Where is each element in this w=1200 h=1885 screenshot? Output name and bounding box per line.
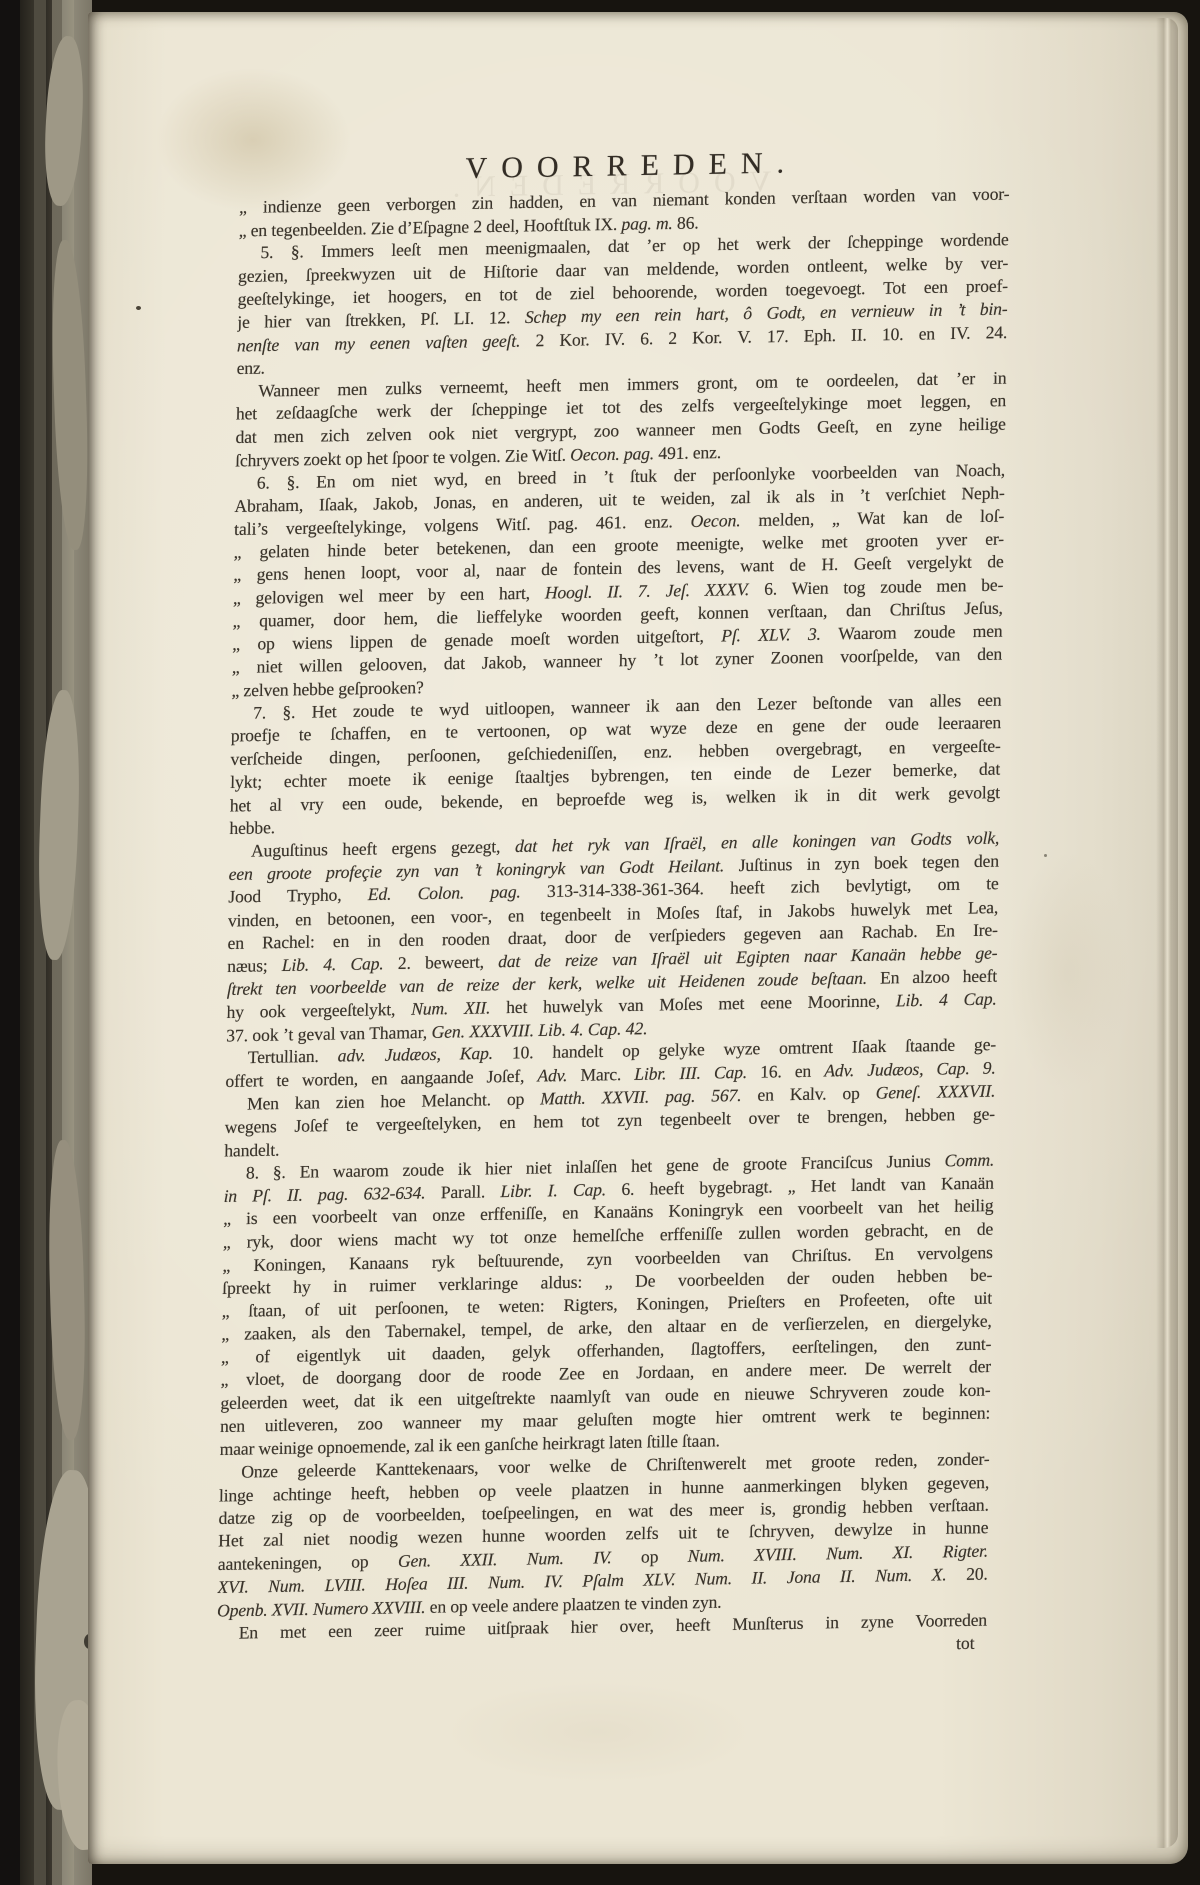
paper-speck (136, 306, 141, 310)
paper-stain (988, 812, 1148, 1132)
torn-paper-edge (49, 240, 92, 551)
torn-paper-edge (42, 35, 87, 207)
torn-paper-edge (35, 689, 82, 960)
page-text: VOORREDEN. „ indienze geen verborgen zin… (216, 143, 1010, 1668)
text-lines: „ indienze geen verborgen zin hadden, en… (217, 183, 1010, 1645)
torn-paper-edge (46, 1140, 88, 1441)
paper-stain (388, 1662, 808, 1802)
book-binding (0, 0, 92, 1885)
paper-speck (1044, 854, 1047, 857)
page-edge-lines (1156, 18, 1178, 1848)
